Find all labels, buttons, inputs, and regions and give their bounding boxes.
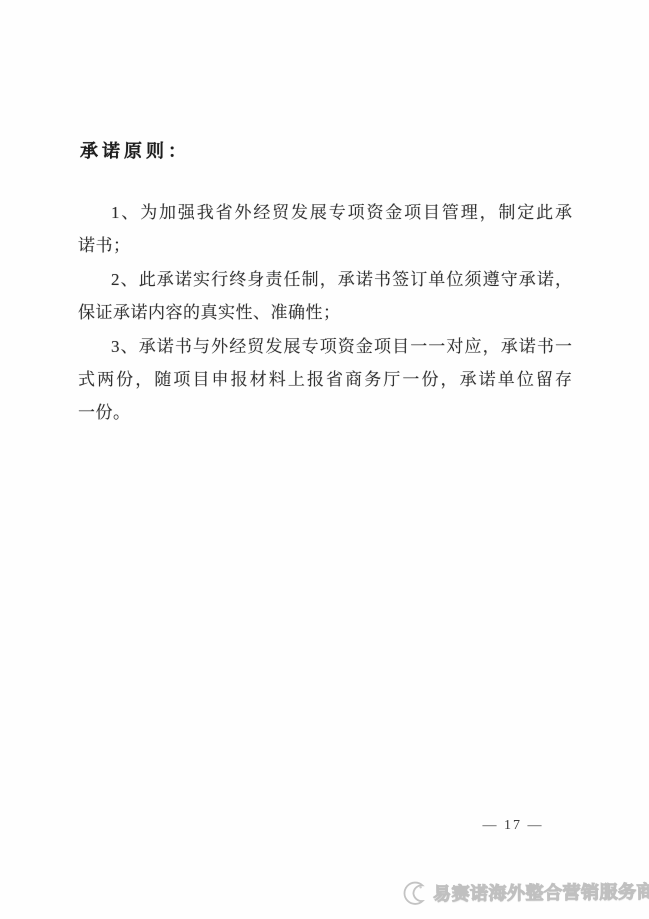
footer-watermark: 易赛诺海外整合营销服务商 bbox=[401, 877, 649, 907]
clause-3-line-2: 式两份，随项目申报材料上报省商务厅一份，承诺单位留存 bbox=[78, 363, 572, 396]
crescent-logo-icon bbox=[401, 879, 428, 906]
clause-3-line-1: 3、承诺书与外经贸发展专项资金项目一一对应，承诺书一 bbox=[78, 330, 572, 363]
footer-brand-text: 易赛诺海外整合营销服务商 bbox=[433, 877, 649, 905]
clause-3-line-3: 一份。 bbox=[78, 396, 572, 429]
clause-2-line-2: 保证承诺内容的真实性、准确性； bbox=[78, 296, 572, 329]
page-number: — 17 — bbox=[450, 818, 576, 834]
clause-1-line-1: 1、为加强我省外经贸发展专项资金项目管理，制定此承 bbox=[78, 196, 572, 229]
section-heading: 承诺原则： bbox=[80, 137, 190, 163]
body-text-block: 1、为加强我省外经贸发展专项资金项目管理，制定此承 诺书； 2、此承诺实行终身责… bbox=[78, 196, 572, 430]
document-page: 承诺原则： 1、为加强我省外经贸发展专项资金项目管理，制定此承 诺书； 2、此承… bbox=[0, 0, 649, 919]
clause-1-line-2: 诺书； bbox=[78, 229, 572, 262]
clause-2-line-1: 2、此承诺实行终身责任制，承诺书签订单位须遵守承诺， bbox=[78, 263, 572, 296]
